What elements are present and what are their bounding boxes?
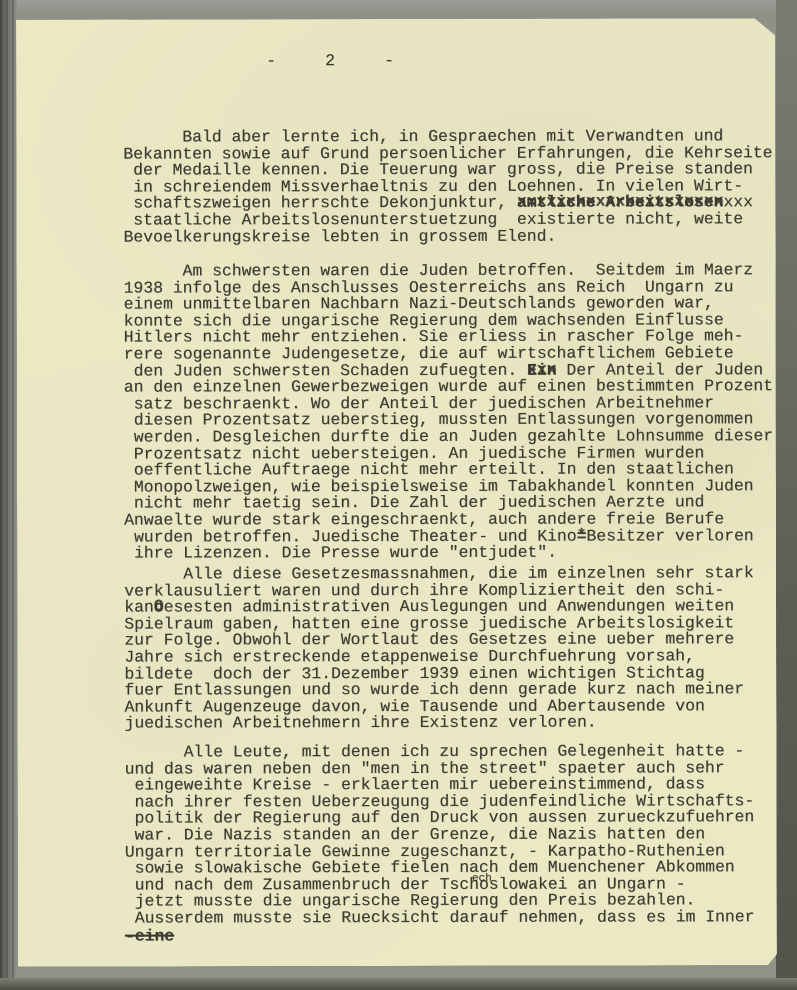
paragraph-4: Alle Leute, mit denen ich zu sprechen Ge… xyxy=(125,743,755,927)
photo-right-shadow xyxy=(776,0,797,990)
text-segment: Besitzer verloren xyxy=(586,526,753,545)
binding-edge-left xyxy=(0,0,17,990)
text-line: -eine xyxy=(125,928,174,945)
text-segment: Bevoelkerungskreise lebten in grossem El… xyxy=(123,226,556,246)
overstruck-text: -eine xyxy=(125,926,174,945)
photo-background: { "colors": { "paper": "#ebe8c4", "ink":… xyxy=(0,0,797,990)
paragraph-1: Bald aber lernte ich, in Gespraechen mit… xyxy=(123,128,772,246)
paragraph-crossed-out-word: -eine xyxy=(125,928,174,945)
overstruck-text: o xyxy=(154,598,164,617)
paragraph-2: Am schwersten waren die Juden betroffen.… xyxy=(124,262,774,562)
text-line: Ausserdem musste sie Ruecksicht darauf n… xyxy=(125,909,755,927)
text-line: juedischen Arbeitnehmern ihre Existenz v… xyxy=(124,715,754,733)
page-number: - 2 - xyxy=(266,52,394,70)
overstruck-text: amtliche Arbeitslosen xyxy=(517,193,724,212)
photo-bottom-shadow xyxy=(0,978,797,990)
overstruck-text: = xyxy=(577,526,587,545)
text-segment: Ausserdem musste sie Ruecksicht darauf n… xyxy=(125,907,755,927)
paragraph-3: Alle diese Gesetzesmassnahmen, die im ei… xyxy=(124,565,754,732)
text-segment: ihre Lizenzen. Die Presse wurde "entjude… xyxy=(124,543,557,563)
text-line: ihre Lizenzen. Die Presse wurde "entjude… xyxy=(124,544,773,562)
text-segment: juedischen Arbeitnehmern ihre Existenz v… xyxy=(124,713,596,733)
overstruck-text: Ein xyxy=(527,360,557,379)
text-line: Bevoelkerungskreise lebten in grossem El… xyxy=(123,228,772,246)
document-page: - 2 - Bald aber lernte ich, in Gespraech… xyxy=(16,18,777,967)
